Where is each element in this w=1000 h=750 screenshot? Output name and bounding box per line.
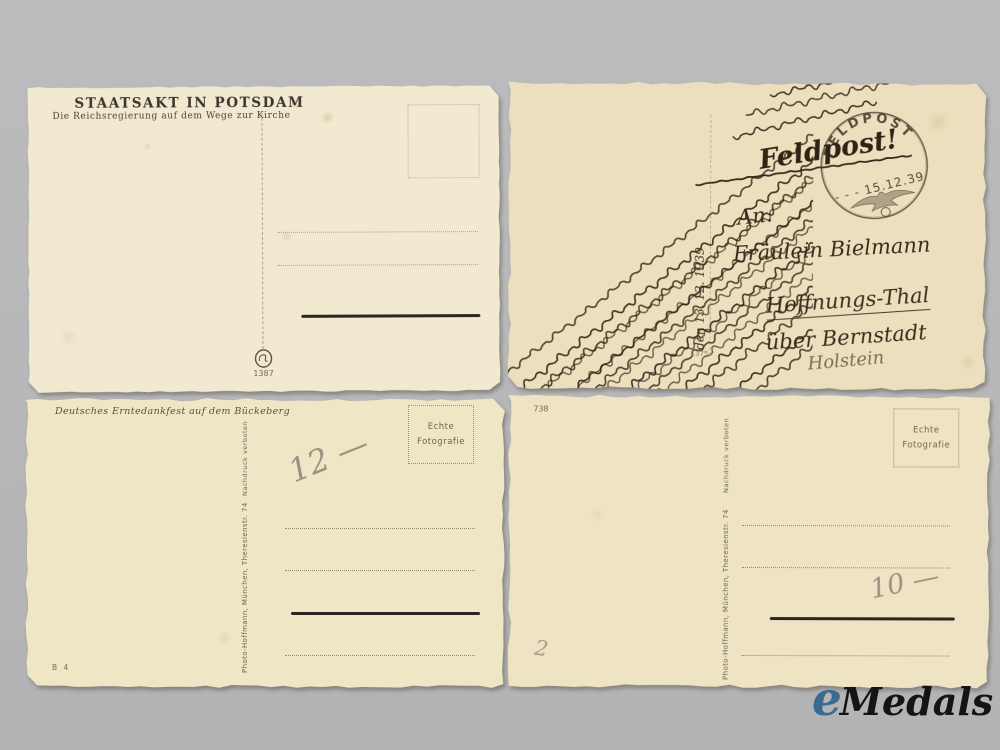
echte-fotografie-box: Echte Fotografie [408,405,474,464]
handwriting-address-line: An. [736,202,774,229]
emedals-e: e [812,672,840,727]
address-line-dotted [278,231,478,233]
stamp-box-line: Fotografie [417,437,465,447]
address-line-dotted [285,655,475,656]
side-date-handwritten: den 13. 12. 1939 [694,212,706,350]
postcard-top-right: FELDPOST - - - 15.12.39 den 13. 12. 1939… [507,81,986,391]
address-line-dotted [742,525,950,527]
emedals-text: Medals [840,679,993,724]
serial-number: 738 [533,404,548,413]
stamp-box-line: Echte [428,422,455,432]
postcard-top-left: STAATSAKT IN POTSDAM Die Reichsregierung… [27,85,500,393]
emedals-watermark: eMedals [812,676,993,723]
stamp-box-line: Fotografie [902,440,950,450]
card-title: STAATSAKT IN POTSDAM [74,95,304,112]
pencil-mark: 2 [533,636,550,662]
nachdruck-vertical: Nachdruck verboten [723,403,730,493]
postcard-bottom-left: Deutsches Erntedankfest auf dem Bückeber… [25,398,505,688]
divider-line [261,113,263,349]
address-line-thick [301,314,480,318]
stamp-box-line: Echte [913,425,940,435]
publisher-emblem-icon [254,349,272,368]
address-line-thick [770,617,955,620]
photo-of-postcards: { "watermark": { "prefix": "e", "name": … [0,0,1000,750]
address-line-dotted [285,528,475,529]
card-caption: Deutsches Erntedankfest auf dem Bückeber… [55,406,290,417]
nachdruck-vertical: Nachdruck verboten [242,406,249,496]
echte-fotografie-box: Echte Fotografie [893,408,959,467]
address-line-dotted [278,264,478,266]
publisher-vertical: Photo-Hoffmann, München, Theresienstr. 7… [723,495,730,680]
address-line-dotted [285,570,475,571]
address-line-thick [291,612,480,615]
serial-number: 1375 [691,350,709,358]
stamp-box [407,104,479,178]
card-subtitle: Die Reichsregierung auf dem Wege zur Kir… [52,111,290,122]
address-line-dotted [742,655,950,657]
pencil-price: 12 — [283,424,374,490]
postcard-bottom-right: 738 Nachdruck verboten Echte Fotografie … [508,394,991,688]
serial-number: 1387 [246,369,282,378]
plate-mark: B 4 [52,663,70,672]
publisher-vertical: Photo-Hoffmann, München, Theresienstr. 7… [242,493,249,673]
